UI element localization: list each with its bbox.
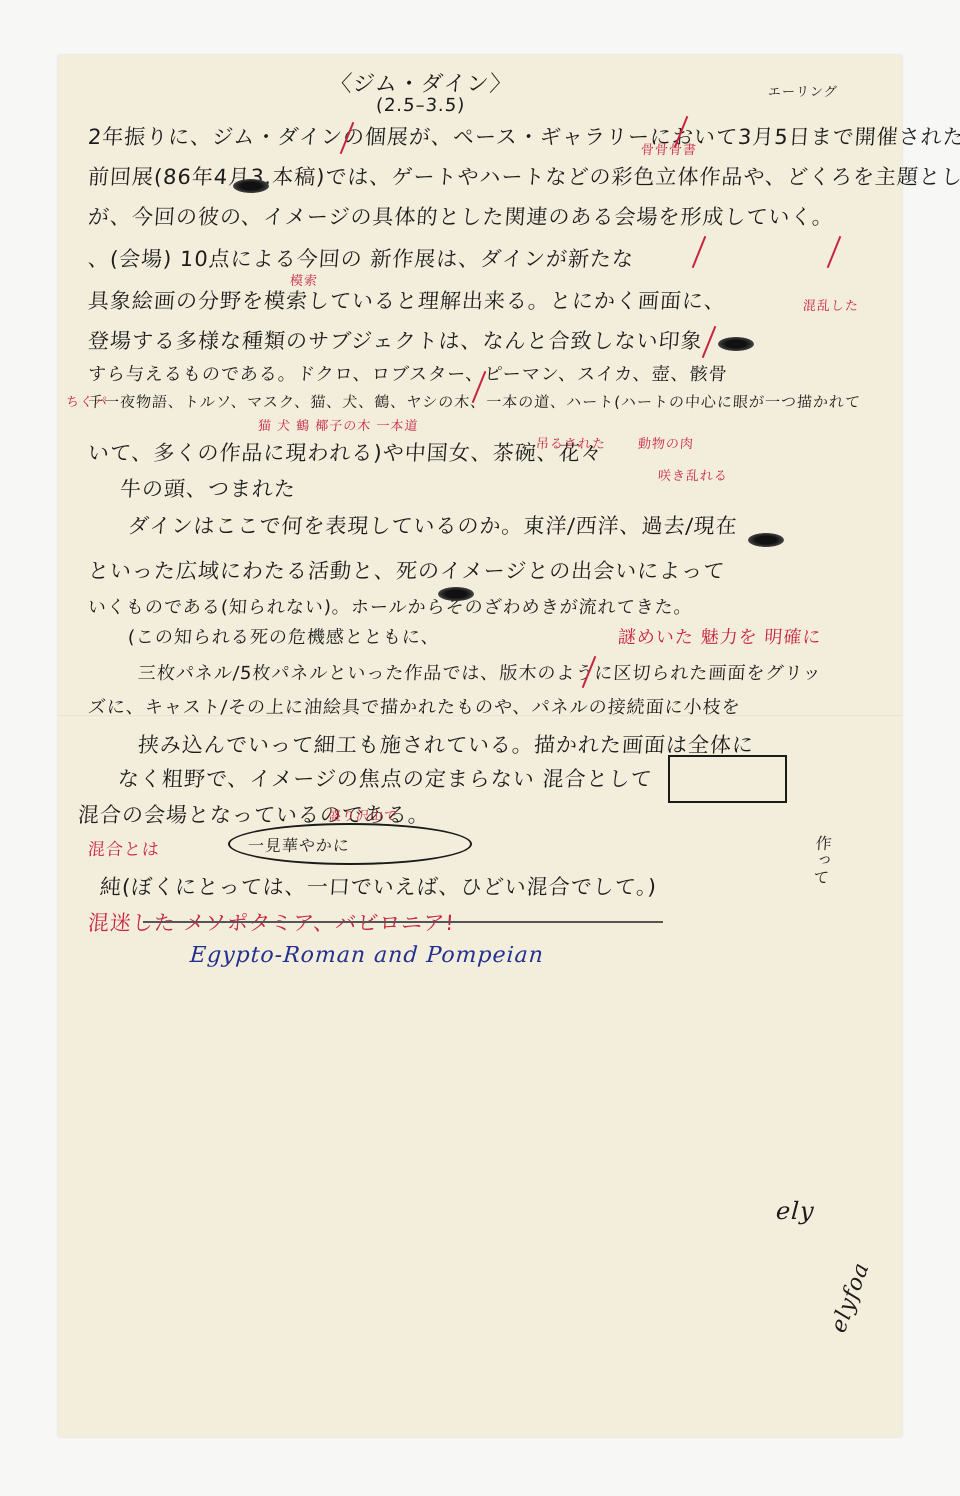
text-line-10: 牛の頭、つまれた (119, 473, 297, 503)
text-line-3: が、今回の彼の、イメージの具体的とした関連のある会場を形成していく。 (87, 201, 835, 231)
margin-note-top-right: エーリング (767, 81, 838, 100)
red-note-2: 混乱した (802, 295, 859, 314)
text-line-15: 三枚パネル/5枚パネルといった作品では、版木のように区切られた画面をグリッ (137, 659, 823, 685)
text-line-4: 、(会場) 10点による今回の 新作展は、ダインが新たな (87, 243, 635, 273)
red-note-5: 吊るされた (535, 433, 606, 452)
text-line-21: 純(ぼくにとっては、一口でいえば、ひどい混合でして。) (99, 871, 658, 901)
text-line-14: (この知られる死の危機感とともに、 (127, 623, 441, 649)
edit-box (668, 755, 787, 803)
strike-line (143, 921, 663, 923)
ink-scribble (718, 337, 754, 351)
text-line-2: 前回展(86年4月3.本稿)では、ゲートやハートなどの彩色立体作品や、どくろを主… (87, 161, 960, 191)
text-line-5: 具象絵画の分野を模索していると理解出来る。とにかく画面に、 (87, 285, 727, 315)
text-line-1: 2年振りに、ジム・ダインの個展が、ペース・ギャラリーにおいて3月5日まで開催され… (87, 121, 960, 151)
text-line-9: いて、多くの作品に現われる)や中国女、茶碗、花々 (87, 437, 604, 467)
text-line-12: といった広域にわたる活動と、死のイメージとの出会いによって (87, 555, 726, 585)
text-line-7: すら与えるものである。ドクロ、ロブスター、ピーマン、スイカ、壺、骸骨 (87, 360, 729, 386)
text-line-16: ズに、キャスト/その上に油絵具で描かれたものや、パネルの接続面に小枝を (87, 693, 742, 719)
ink-scribble (438, 587, 474, 601)
red-note-12: 一見華やかに (247, 833, 351, 856)
text-line-17: 挟み込んでいって細工も施されている。描かれた画面は全体に (137, 729, 755, 759)
text-line-11: ダインはここで何を表現しているのか。東洋/西洋、過去/現在 (127, 510, 739, 540)
blue-annotation: Egypto-Roman and Pompeian (189, 943, 545, 968)
red-note-8: 謎めいた 魅力を 明確に (617, 623, 822, 649)
red-note-4: 猫 犬 鶴 椰子の木 一本道 (257, 415, 419, 434)
red-note-7: 咲き乱れる (657, 465, 728, 484)
red-note-6: 動物の肉 (637, 433, 694, 452)
edit-mark (692, 236, 707, 268)
signature-mark-2: elyfoa (826, 1259, 874, 1336)
edit-mark (702, 326, 717, 358)
red-note-3: 模索 (289, 270, 318, 289)
manuscript-page: 〈ジム・ダイン〉 エーリング (2.5–3.5) 2年振りに、ジム・ダインの個展… (58, 55, 902, 1437)
ink-scribble (748, 533, 784, 547)
ink-scribble (233, 179, 269, 193)
text-line-6: 登場する多様な種類のサブジェクトは、なんと合致しない印象 (87, 325, 704, 355)
edit-mark (827, 236, 842, 268)
manuscript-title: 〈ジム・ダイン〉 (329, 67, 514, 98)
manuscript-dates: (2.5–3.5) (375, 95, 466, 116)
text-line-18: なく粗野で、イメージの焦点の定まらない 混合として (117, 763, 654, 793)
red-note-1: 骨骨骨書 (640, 139, 697, 158)
text-line-13: いくものである(知られない)。ホールからそのざわめきが流れてきた。 (87, 593, 694, 619)
text-line-20: 混合とは (87, 835, 161, 860)
signature-mark-1: ely (775, 1197, 815, 1225)
side-note-right: 作って (808, 835, 835, 886)
red-note-11: 盛り沢山で (327, 805, 398, 824)
